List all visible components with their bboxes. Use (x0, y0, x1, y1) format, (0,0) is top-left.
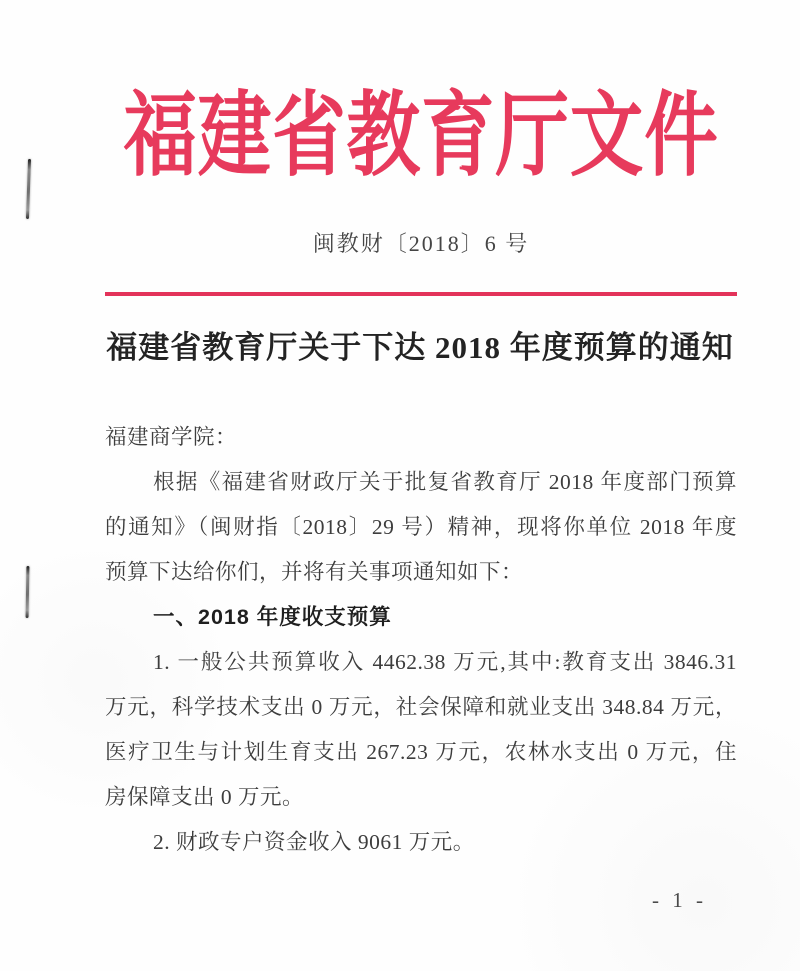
body-line: 福建商学院： (105, 415, 737, 460)
red-divider-line (105, 292, 737, 296)
staple-mark-middle (26, 566, 30, 618)
scanned-document-page: 福建省教育厅文件 闽教财〔2018〕6 号 福建省教育厅关于下达 2018 年度… (0, 0, 800, 971)
document-number: 闽教财〔2018〕6 号 (21, 230, 800, 259)
document-body: 福建商学院：根据《福建省财政厅关于批复省教育厅 2018 年度部门预算的通知》（… (105, 415, 737, 865)
body-line: 2. 财政专户资金收入 9061 万元。 (105, 820, 737, 865)
document-title: 福建省教育厅关于下达 2018 年度预算的通知 (20, 329, 800, 368)
body-line: 预算下达给你们，并将有关事项通知如下： (105, 550, 737, 595)
body-line: 房保障支出 0 万元。 (105, 775, 737, 820)
page-number: - 1 - (652, 888, 707, 913)
body-line: 的通知》（闽财指〔2018〕29 号）精神，现将你单位 2018 年度 (105, 505, 737, 550)
letterhead-title: 福建省教育厅文件 (101, 88, 741, 185)
body-line: 1. 一般公共预算收入 4462.38 万元,其中:教育支出 3846.31 (105, 640, 737, 685)
body-line: 医疗卫生与计划生育支出 267.23 万元，农林水支出 0 万元，住 (105, 730, 737, 775)
body-line: 根据《福建省财政厅关于批复省教育厅 2018 年度部门预算 (105, 460, 737, 505)
section-heading: 一、2018 年度收支预算 (105, 595, 737, 640)
staple-mark-top (26, 159, 31, 219)
body-line: 万元，科学技术支出 0 万元，社会保障和就业支出 348.84 万元， (105, 685, 737, 730)
